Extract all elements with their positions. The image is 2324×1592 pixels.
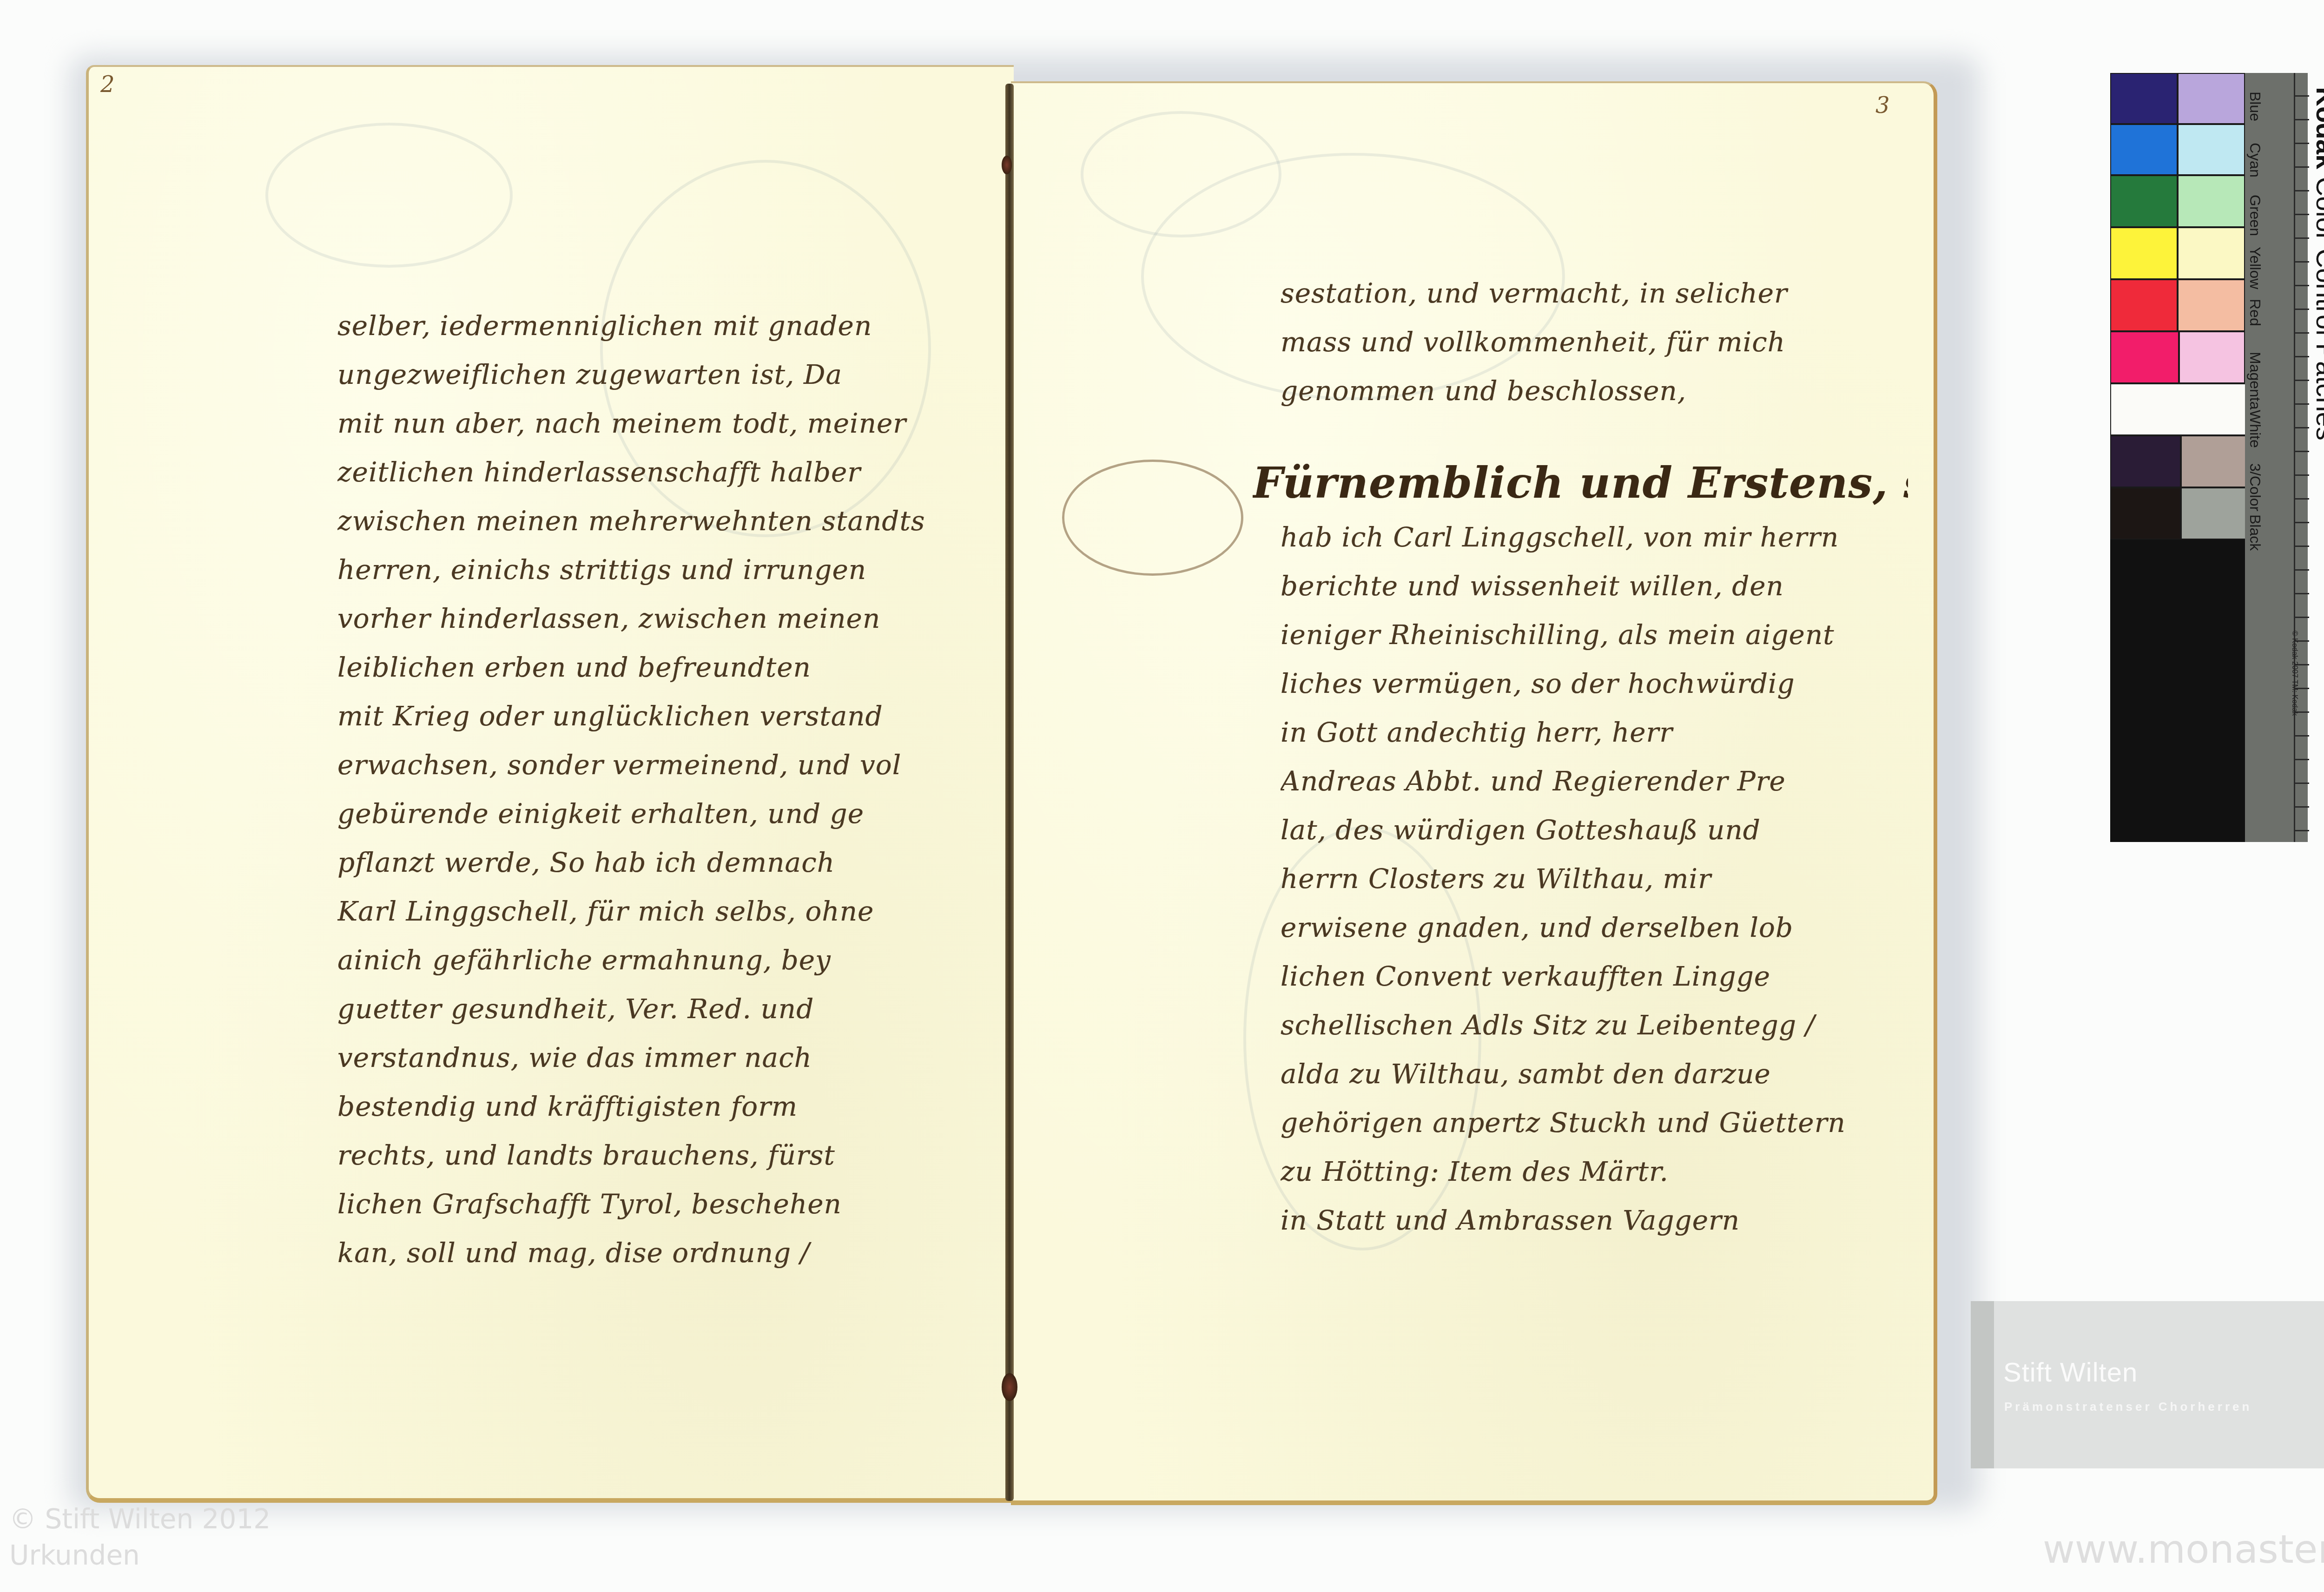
- manuscript-line: berichte und wissenheit willen, den: [1281, 562, 1908, 611]
- collection-line: Urkunden: [9, 1537, 271, 1573]
- manuscript-line: leiblichen erben und befreundten: [337, 643, 988, 692]
- left-page-text: selber, iedermenniglichen mit gnaden ung…: [337, 302, 988, 1277]
- patch-blue-dark: [2110, 73, 2178, 124]
- manuscript-line: vorher hinderlassen, zwischen meinen: [337, 594, 988, 643]
- patch-cyan-dark: [2110, 124, 2178, 175]
- patch-label: Blue: [2246, 92, 2264, 121]
- patch-magenta-dark: [2110, 331, 2179, 383]
- manuscript-line: lichen Convent verkaufften Lingge: [1281, 952, 1908, 1001]
- patch-red-light: [2178, 279, 2245, 331]
- manuscript-line: in Gott andechtig herr, herr: [1281, 708, 1908, 757]
- institution-name: Stift Wilten: [2003, 1357, 2138, 1388]
- manuscript-line: mass und vollkommenheit, für mich: [1281, 318, 1908, 367]
- chart-title: Color Control Patches: [2311, 177, 2324, 440]
- manuscript-line: ungezweiflichen zugewarten ist, Da: [337, 350, 988, 399]
- manuscript-line: ainich gefährliche ermahnung, bey: [337, 936, 988, 985]
- manuscript-line: rechts, und landts brauchens, fürst: [337, 1131, 988, 1180]
- color-patch-grid: [2110, 73, 2245, 842]
- manuscript-line: hab ich Carl Linggschell, von mir herrn: [1281, 513, 1908, 562]
- manuscript-line: herren, einichs strittigs und irrungen: [337, 546, 988, 594]
- copyright-watermark: © Stift Wilten 2012 Urkunden: [9, 1501, 271, 1573]
- patch-label: Cyan: [2246, 143, 2264, 178]
- patch-label: 3/Color: [2246, 463, 2264, 511]
- patch-red-dark: [2110, 279, 2178, 331]
- initial-flourish: [1062, 460, 1243, 576]
- manuscript-line: kan, soll und mag, dise ordnung /: [337, 1229, 988, 1277]
- manuscript-line: mit Krieg oder unglücklichen verstand: [337, 692, 988, 741]
- patch-magenta-light: [2179, 331, 2245, 383]
- binding-thread: [1002, 1373, 1017, 1401]
- patch-green-light: [2178, 175, 2245, 227]
- patch-yellow-light: [2178, 227, 2245, 279]
- manuscript-line: Karl Linggschell, für mich selbs, ohne: [337, 887, 988, 936]
- copyright-line: © Stift Wilten 2012: [9, 1501, 271, 1537]
- patch-label: Red: [2246, 299, 2264, 326]
- left-page: 2 selber, iedermenniglichen mit gnaden u…: [86, 65, 1014, 1503]
- watermark-side-bar: [1971, 1301, 1994, 1468]
- manuscript-line: sestation, und vermacht, in selicher: [1281, 269, 1908, 318]
- manuscript-line: bestendig und kräfftigisten form: [337, 1082, 988, 1131]
- manuscript-line: gehörigen anpertz Stuckh und Güettern: [1281, 1099, 1908, 1147]
- patch-black-light: [2181, 487, 2247, 539]
- kodak-color-chart: Kodak Color Control Patches Blue Cyan Gr…: [2110, 73, 2308, 842]
- manuscript-line: zeitlichen hinderlassenschafft halber: [337, 448, 988, 497]
- manuscript-line: mit nun aber, nach meinem todt, meiner: [337, 399, 988, 448]
- manuscript-line: herrn Closters zu Wilthau, mir: [1281, 855, 1908, 903]
- manuscript-line: lichen Grafschafft Tyrol, beschehen: [337, 1180, 988, 1229]
- patch-green-dark: [2110, 175, 2178, 227]
- manuscript-line: lat, des würdigen Gotteshauß und: [1281, 806, 1908, 855]
- manuscript-line: zu Hötting: Item des Märtr.: [1281, 1147, 1908, 1196]
- manuscript-line: Andreas Abbt. und Regierender Pre: [1281, 757, 1908, 806]
- patch-black-dark: [2110, 487, 2181, 539]
- patch-blue-light: [2178, 73, 2245, 124]
- patch-3color-light: [2181, 435, 2247, 487]
- manuscript-line: selber, iedermenniglichen mit gnaden: [337, 302, 988, 350]
- kodak-brand: Kodak: [2311, 87, 2324, 169]
- patch-white: [2110, 383, 2247, 435]
- patch-labels: Blue Cyan Green Yellow Red Magenta White…: [2245, 92, 2268, 835]
- manuscript-line: erwachsen, sonder vermeinend, und vol: [337, 741, 988, 789]
- manuscript-line: zwischen meinen mehrerwehnten standts: [337, 497, 988, 546]
- patch-yellow-dark: [2110, 227, 2178, 279]
- bleed-through-flourish: [265, 123, 513, 268]
- patch-label: White: [2246, 410, 2264, 448]
- manuscript-line: liches vermügen, so der hochwürdig: [1281, 659, 1908, 708]
- folio-number: 2: [100, 72, 115, 98]
- patch-label: Yellow: [2246, 247, 2264, 289]
- binding-gutter: [1005, 84, 1014, 1501]
- patch-label: Green: [2246, 195, 2264, 236]
- patch-label: Black: [2246, 514, 2264, 551]
- binding-thread: [1002, 156, 1012, 174]
- manuscript-line: alda zu Wilthau, sambt den darzue: [1281, 1050, 1908, 1099]
- manuscript-line: in Statt und Ambrassen Vaggern: [1281, 1196, 1908, 1245]
- institution-watermark-box: Stift Wilten Prämonstratenser Chorherren: [1971, 1301, 2324, 1468]
- section-heading: Fürnemblich und Erstens, so: [1253, 453, 1908, 513]
- manuscript-line: pflanzt werde, So hab ich demnach: [337, 838, 988, 887]
- patch-cyan-light: [2178, 124, 2245, 175]
- patch-3color-dark: [2110, 435, 2181, 487]
- right-page-text: sestation, und vermacht, in selicher mas…: [1281, 269, 1908, 1245]
- patch-label: Magenta: [2246, 352, 2264, 410]
- manuscript-line: verstandnus, wie das immer nach: [337, 1033, 988, 1082]
- folio-number: 3: [1875, 92, 1890, 118]
- manuscript-line: gebürende einigkeit erhalten, und ge: [337, 789, 988, 838]
- manuscript-line: schellischen Adls Sitz zu Leibentegg /: [1281, 1001, 1908, 1050]
- manuscript-line: erwisene gnaden, und derselben lob: [1281, 903, 1908, 952]
- manuscript-line: ieniger Rheinischilling, als mein aigent: [1281, 611, 1908, 659]
- manuscript-line: genommen und beschlossen,: [1281, 367, 1908, 415]
- right-page: 3 sestation, und vermacht, in selicher m…: [1011, 81, 1937, 1505]
- ruler: [2294, 73, 2309, 842]
- kodak-copyright: © Kodak 2007 TM: Kodak: [2290, 631, 2298, 716]
- kodak-title: Kodak Color Control Patches: [2310, 87, 2324, 441]
- manuscript-line: guetter gesundheit, Ver. Red. und: [337, 985, 988, 1033]
- institution-subtitle: Prämonstratenser Chorherren: [2004, 1400, 2252, 1414]
- website-watermark: www.monasterium.net: [2043, 1526, 2324, 1572]
